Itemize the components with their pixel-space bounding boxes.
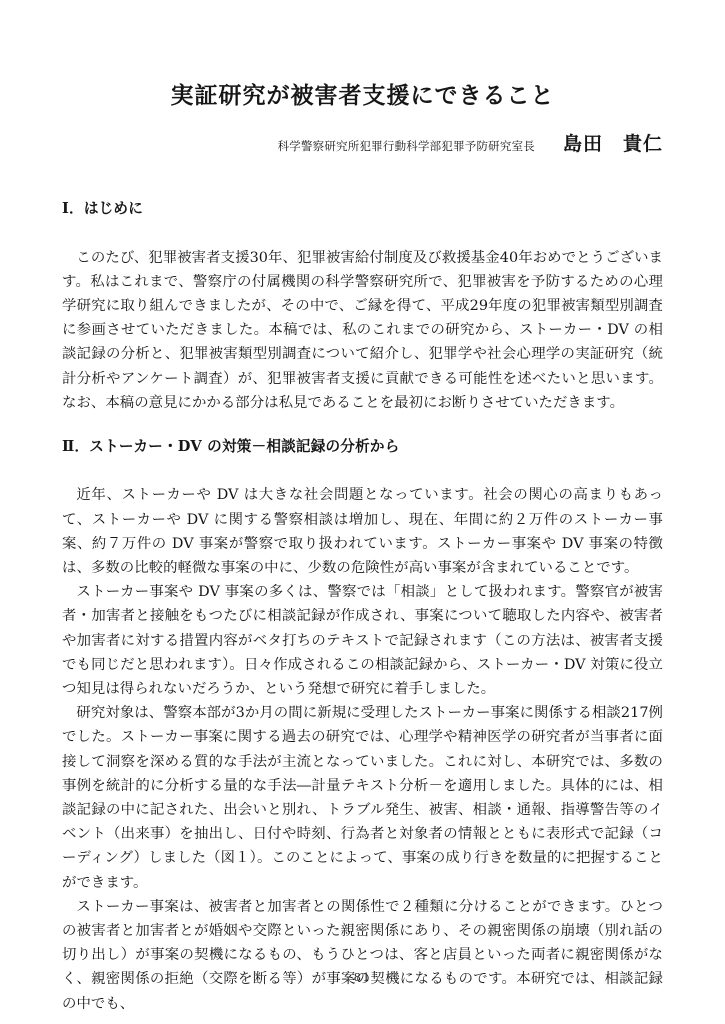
section-1-body: このたび、犯罪被害者支援30年、犯罪被害給付制度及び救援基金40年おめでとうござ… <box>62 246 663 415</box>
section-2-heading: Ⅱ．ストーカー・DV の対策－相談記録の分析から <box>62 438 663 456</box>
section-2-body: 近年、ストーカーや DV は大きな社会問題となっています。社会の関心の高まりもあ… <box>62 483 663 1015</box>
section-1-paragraph-1: このたび、犯罪被害者支援30年、犯罪被害給付制度及び救援基金40年おめでとうござ… <box>62 246 663 415</box>
author-name: 島田 貴仁 <box>563 133 663 155</box>
page-title: 実証研究が被害者支援にできること <box>62 0 663 107</box>
section-2-paragraph-4: ストーカー事案は、被害者と加害者との関係性で２種類に分けることができます。ひとつ… <box>62 895 663 1016</box>
author-line: 科学警察研究所犯罪行動科学部犯罪予防研究室長島田 貴仁 <box>62 132 663 158</box>
author-affiliation: 科学警察研究所犯罪行動科学部犯罪予防研究室長 <box>278 139 535 153</box>
section-1-heading: Ⅰ．はじめに <box>62 200 663 218</box>
document-page: 実証研究が被害者支援にできること 科学警察研究所犯罪行動科学部犯罪予防研究室長島… <box>0 0 725 1024</box>
section-2-paragraph-3: 研究対象は、警察本部が3か月の間に新規に受理したストーカー事案に関係する相談21… <box>62 701 663 895</box>
section-2-paragraph-2: ストーカー事案や DV 事案の多くは、警察では「相談」として扱われます。警察官が… <box>62 580 663 701</box>
section-2-paragraph-1: 近年、ストーカーや DV は大きな社会問題となっています。社会の関心の高まりもあ… <box>62 483 663 580</box>
page-number: 81 <box>0 970 725 984</box>
